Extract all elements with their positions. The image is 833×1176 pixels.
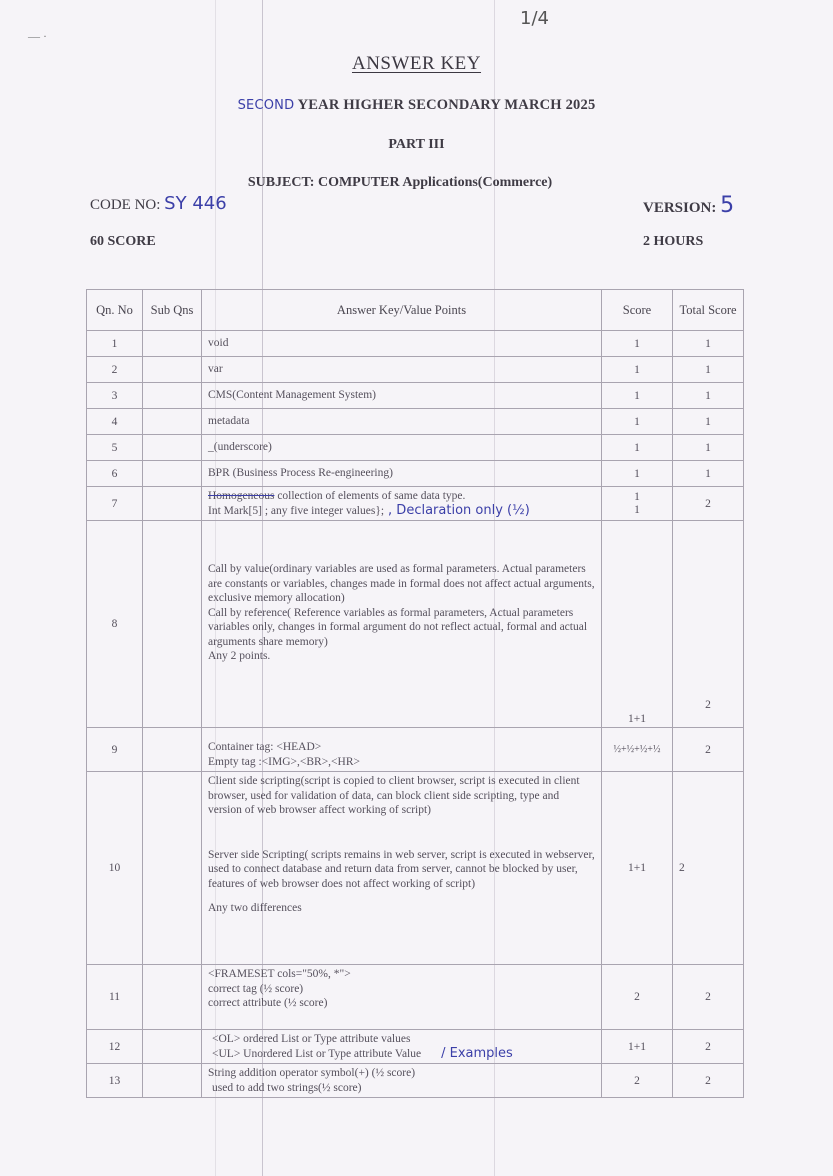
qn-cell: 2 <box>87 357 143 383</box>
answer-cell: Container tag: <HEAD> Empty tag :<IMG>,<… <box>202 728 602 772</box>
table-row: 1 void 1 1 <box>87 331 744 357</box>
answer-cell: String addition operator symbol(+) (½ sc… <box>202 1064 602 1098</box>
code-number: CODE NO: SY 446 <box>90 193 227 214</box>
score-cell: 2 <box>602 965 673 1030</box>
sub-cell <box>143 331 202 357</box>
struck-word: Homogeneous <box>208 490 274 502</box>
score-cell: 1 <box>602 409 673 435</box>
total-cell: 1 <box>673 331 744 357</box>
qn-cell: 11 <box>87 965 143 1030</box>
score-cell: 1 <box>602 383 673 409</box>
score-cell: ½+½+½+½ <box>602 728 673 772</box>
sub-cell <box>143 1030 202 1064</box>
table-row: 13 String addition operator symbol(+) (½… <box>87 1064 744 1098</box>
table-row: 12 <OL> ordered List or Type attribute v… <box>87 1030 744 1064</box>
score-cell: 1+1 <box>602 521 673 728</box>
page-number-handwritten: 1/4 <box>520 8 549 29</box>
qn-cell: 13 <box>87 1064 143 1098</box>
qn-cell: 3 <box>87 383 143 409</box>
sub-cell <box>143 772 202 965</box>
score-cell: 1 1 <box>602 487 673 521</box>
sub-cell <box>143 435 202 461</box>
table-row: 5 _(underscore) 1 1 <box>87 435 744 461</box>
answer-cell: Call by value(ordinary variables are use… <box>202 521 602 728</box>
exam-line: SECOND YEAR HIGHER SECONDARY MARCH 2025 <box>0 97 833 114</box>
answer-cell: <OL> ordered List or Type attribute valu… <box>202 1030 602 1064</box>
total-cell: 2 <box>673 728 744 772</box>
version-value-handwritten: 5 <box>720 193 734 218</box>
table-row: 4 metadata 1 1 <box>87 409 744 435</box>
answer-cell: BPR (Business Process Re-engineering) <box>202 461 602 487</box>
total-cell: 2 <box>673 1064 744 1098</box>
max-score: 60 SCORE <box>90 234 156 250</box>
answer-cell: _(underscore) <box>202 435 602 461</box>
sub-cell <box>143 728 202 772</box>
subject-label: SUBJECT: COMPUTER Applications(Commerce) <box>0 175 800 191</box>
score-cell: 1 <box>602 435 673 461</box>
qn-cell: 1 <box>87 331 143 357</box>
table-row: 2 var 1 1 <box>87 357 744 383</box>
table-row: 3 CMS(Content Management System) 1 1 <box>87 383 744 409</box>
answer-cell: void <box>202 331 602 357</box>
score-cell: 1+1 <box>602 1030 673 1064</box>
qn-cell: 5 <box>87 435 143 461</box>
sub-cell <box>143 461 202 487</box>
total-cell: 1 <box>673 409 744 435</box>
sub-cell <box>143 383 202 409</box>
table-row: 7 Homogeneous collection of elements of … <box>87 487 744 521</box>
answer-cell: metadata <box>202 409 602 435</box>
sub-cell <box>143 409 202 435</box>
part-label: PART III <box>0 137 833 153</box>
table-row: 8 Call by value(ordinary variables are u… <box>87 521 744 728</box>
score-cell: 1 <box>602 331 673 357</box>
duration: 2 HOURS <box>643 234 703 250</box>
score-cell: 1 <box>602 461 673 487</box>
qn-cell: 9 <box>87 728 143 772</box>
table-row: 11 <FRAMESET cols="50%, *"> correct tag … <box>87 965 744 1030</box>
sub-cell <box>143 965 202 1030</box>
total-cell: 2 <box>673 521 744 728</box>
sub-cell <box>143 487 202 521</box>
qn-cell: 7 <box>87 487 143 521</box>
column-header-qn: Qn. No <box>87 290 143 331</box>
document-title: ANSWER KEY <box>0 53 833 75</box>
code-value-handwritten: SY 446 <box>164 193 227 214</box>
column-header-score: Score <box>602 290 673 331</box>
sub-cell <box>143 521 202 728</box>
qn-cell: 4 <box>87 409 143 435</box>
score-cell: 2 <box>602 1064 673 1098</box>
exam-prefix-handwritten: SECOND <box>238 98 295 113</box>
version: VERSION: 5 <box>643 193 734 218</box>
total-cell: 2 <box>673 772 744 965</box>
table-row: 9 Container tag: <HEAD> Empty tag :<IMG>… <box>87 728 744 772</box>
answer-cell: Homogeneous collection of elements of sa… <box>202 487 602 521</box>
qn-cell: 10 <box>87 772 143 965</box>
handwritten-note: / Examples <box>441 1046 513 1061</box>
total-cell: 2 <box>673 1030 744 1064</box>
column-header-total: Total Score <box>673 290 744 331</box>
total-cell: 1 <box>673 383 744 409</box>
column-header-sub: Sub Qns <box>143 290 202 331</box>
sub-cell <box>143 1064 202 1098</box>
answer-cell: <FRAMESET cols="50%, *"> correct tag (½ … <box>202 965 602 1030</box>
score-cell: 1 <box>602 357 673 383</box>
table-row: 6 BPR (Business Process Re-engineering) … <box>87 461 744 487</box>
answer-key-table: Qn. No Sub Qns Answer Key/Value Points S… <box>86 289 744 1098</box>
qn-cell: 12 <box>87 1030 143 1064</box>
qn-cell: 8 <box>87 521 143 728</box>
margin-marks: — · <box>28 25 47 47</box>
table-row: 10 Client side scripting(script is copie… <box>87 772 744 965</box>
total-cell: 2 <box>673 487 744 521</box>
exam-name: YEAR HIGHER SECONDARY MARCH 2025 <box>298 97 596 113</box>
total-cell: 2 <box>673 965 744 1030</box>
total-cell: 1 <box>673 461 744 487</box>
score-cell: 1+1 <box>602 772 673 965</box>
handwritten-note: , Declaration only (½) <box>388 503 530 518</box>
qn-cell: 6 <box>87 461 143 487</box>
answer-cell: CMS(Content Management System) <box>202 383 602 409</box>
answer-cell: Client side scripting(script is copied t… <box>202 772 602 965</box>
table-header-row: Qn. No Sub Qns Answer Key/Value Points S… <box>87 290 744 331</box>
answer-cell: var <box>202 357 602 383</box>
sub-cell <box>143 357 202 383</box>
total-cell: 1 <box>673 435 744 461</box>
column-header-answer: Answer Key/Value Points <box>202 290 602 331</box>
total-cell: 1 <box>673 357 744 383</box>
